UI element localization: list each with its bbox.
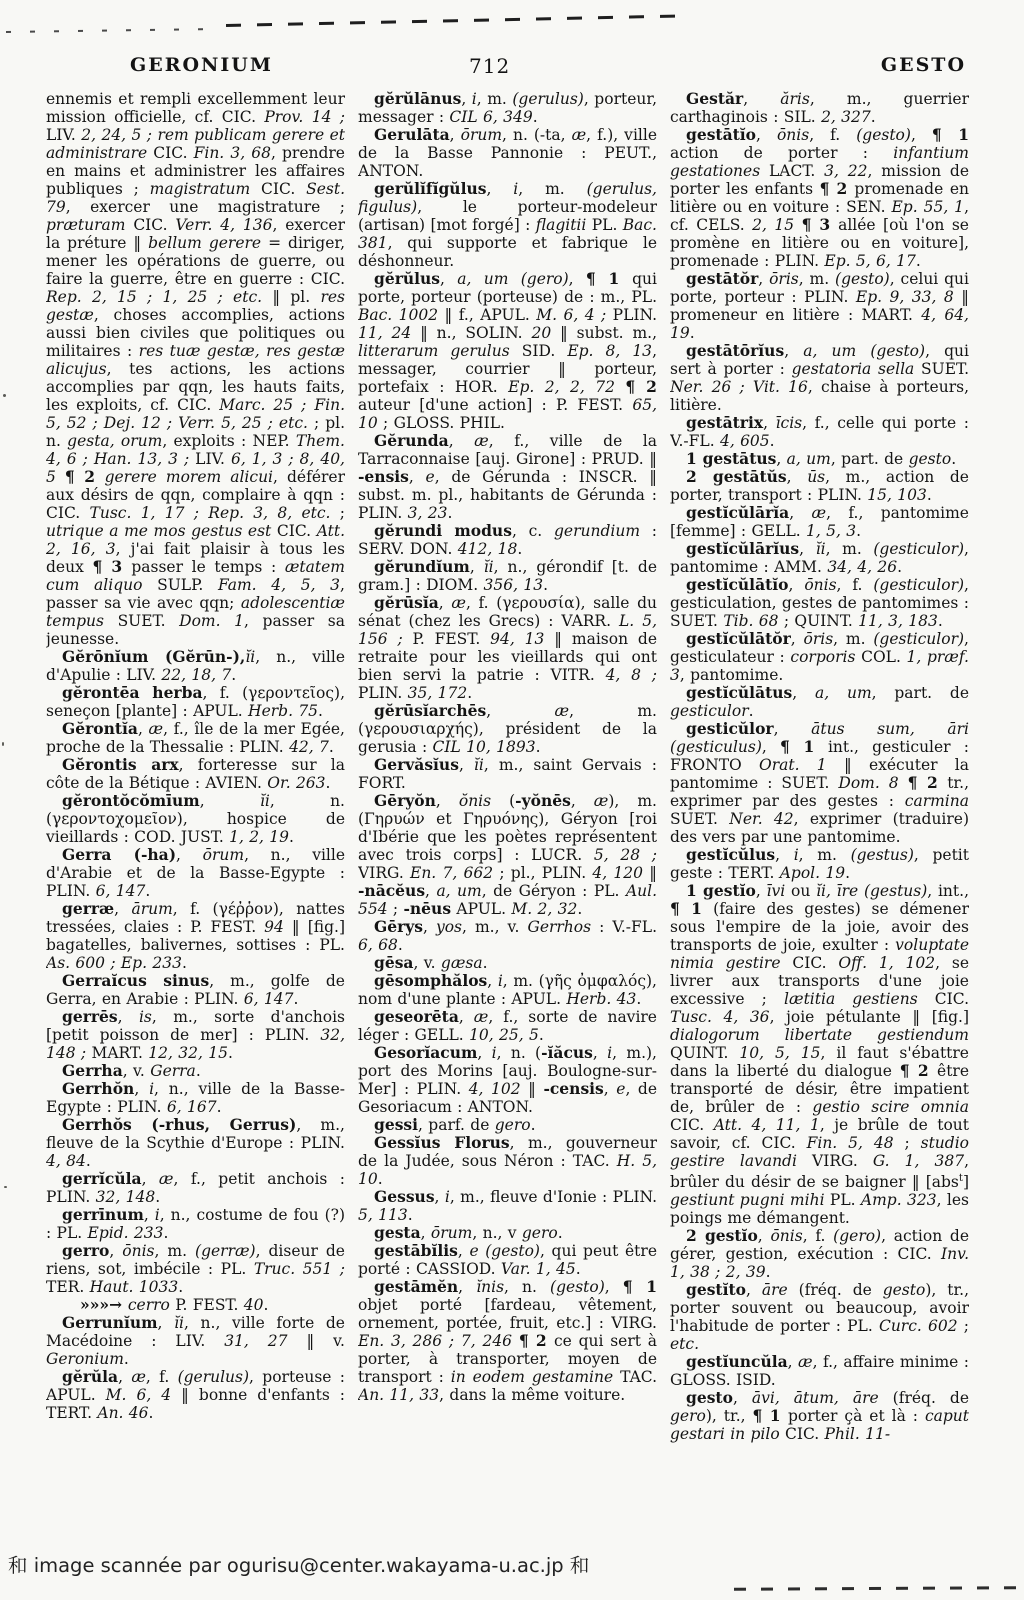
dictionary-entry: Gesorĭacum, i, n. (-ĭăcus, i, m.), port …: [358, 1044, 657, 1116]
dictionary-entry: »»»→ cerro P. FEST. 40.: [46, 1296, 345, 1314]
dictionary-entry: Gestăr, ăris, m., guerrier carthaginois …: [670, 90, 969, 126]
dictionary-entry: Gĕrōnĭum (Gĕrūn-),ĭi, n., ville d'Apulie…: [46, 648, 345, 684]
scan-watermark: 和 image scannée par ogurisu@center.wakay…: [8, 1550, 589, 1578]
dictionary-entry: gerrīnum, i, n., costume de fou (?) : PL…: [46, 1206, 345, 1242]
dictionary-entry: gĕrontŏcŏmīum, ĭi, n. (γεροντοχομεῖον), …: [46, 792, 345, 846]
dictionary-entry: gestĭcŭlātĭo, ōnis, f. (gesticulor), ges…: [670, 576, 969, 630]
scan-artifact-dashes-bottom: [734, 1586, 1020, 1590]
scan-speck: [4, 1186, 7, 1188]
dictionary-entry: gĕrūsĭarchēs, æ, m. (γερουσιαρχής), prés…: [358, 702, 657, 756]
dictionary-entry: gĕrūsĭa, æ, f. (γερουσία), salle du séna…: [358, 594, 657, 702]
dictionary-entry: gĕrŭla, æ, f. (gerulus), porteuse : APUL…: [46, 1368, 345, 1422]
scan-artifact-dashes-top-left: [6, 28, 218, 33]
dictionary-entry: Gerrha, v. Gerra.: [46, 1062, 345, 1080]
dictionary-entry: gerro, ōnis, m. (gerræ), diseur de riens…: [46, 1242, 345, 1296]
dictionary-entry: gerŭlĭfĭgŭlus, i, m. (gerulus, figulus),…: [358, 180, 657, 270]
dictionary-entry: gēsomphălos, i, m. (γῆς ὀμφαλός), nom d'…: [358, 972, 657, 1008]
dictionary-entry: gesto, āvi, ātum, āre (fréq. de gero), t…: [670, 1389, 969, 1443]
text-column-1: ennemis et rempli excellemment leur miss…: [46, 90, 345, 1548]
dictionary-entry: Gessus, i, m., fleuve d'Ionie : PLIN. 5,…: [358, 1188, 657, 1224]
dictionary-entry: gestĭto, āre (fréq. de gesto), tr., port…: [670, 1281, 969, 1353]
dictionary-entry: gestātōrĭus, a, um (gesto), qui sert à p…: [670, 342, 969, 414]
dictionary-entry: gestĭcŭlārĭa, æ, f., pantomime [femme] :…: [670, 504, 969, 540]
dictionary-entry: gĕrundĭum, ĭi, n., gérondif [t. de gram.…: [358, 558, 657, 594]
running-head-left: GERONIUM: [130, 54, 273, 76]
dictionary-entry: Gērys, yos, m., v. Gerrhos : V.-FL. 6, 6…: [358, 918, 657, 954]
dictionary-entry: gerrĭcŭla, æ, f., petit anchois : PLIN. …: [46, 1170, 345, 1206]
dictionary-entry: Gerraĭcus sinus, m., golfe de Gerra, en …: [46, 972, 345, 1008]
page-number: 712: [469, 54, 510, 78]
dictionary-entry: gestĭcŭlātus, a, um, part. de gesticulor…: [670, 684, 969, 720]
dictionary-entry: 2 gestĭo, ōnis, f. (gero), action de gér…: [670, 1227, 969, 1281]
dictionary-entry: 1 gestātus, a, um, part. de gesto.: [670, 450, 969, 468]
dictionary-entry: Gervăsĭus, ĭi, m., saint Gervais : FORT.: [358, 756, 657, 792]
text-columns: ennemis et rempli excellemment leur miss…: [46, 90, 969, 1548]
dictionary-entry: gestĭuncŭla, æ, f., affaire minime : GLO…: [670, 1353, 969, 1389]
dictionary-entry: gestābĭlis, e (gesto), qui peut être por…: [358, 1242, 657, 1278]
dictionary-entry: 1 gestĭo, īvi ou ĭi, īre (gestus), int.,…: [670, 882, 969, 1227]
dictionary-entry: gēsa, v. gæsa.: [358, 954, 657, 972]
dictionary-entry: gĕrŭlus, a, um (gero), ¶ 1 qui porte, po…: [358, 270, 657, 432]
dictionary-entry: gestātĭo, ōnis, f. (gesto), ¶ 1 action d…: [670, 126, 969, 270]
dictionary-entry: ennemis et rempli excellemment leur miss…: [46, 90, 345, 648]
dictionary-entry: gĕrŭlānus, i, m. (gerulus), porteur, mes…: [358, 90, 657, 126]
dictionary-entry: gestātrix, īcis, f., celle qui porte : V…: [670, 414, 969, 450]
text-column-2: gĕrŭlānus, i, m. (gerulus), porteur, mes…: [358, 90, 657, 1548]
dictionary-entry: Gessĭus Florus, m., gouverneur de la Jud…: [358, 1134, 657, 1188]
dictionary-entry: gestĭcŭlus, i, m. (gestus), petit geste …: [670, 846, 969, 882]
dictionary-entry: 2 gestātŭs, ūs, m., action de porter, tr…: [670, 468, 969, 504]
running-head: GERONIUM 712 GESTO: [46, 54, 968, 80]
dictionary-entry: gerræ, ārum, f. (γέῤῥον), nattes tressée…: [46, 900, 345, 972]
dictionary-entry: gerrēs, is, m., sorte d'anchois [petit p…: [46, 1008, 345, 1062]
text-column-3: Gestăr, ăris, m., guerrier carthaginois …: [670, 90, 969, 1548]
scan-artifact-dashes-top: [226, 14, 688, 27]
dictionary-entry: Gĕrontĭa, æ, f., île de la mer Egée, pro…: [46, 720, 345, 756]
dictionary-entry: gĕrundi modus, c. gerundium : SERV. DON.…: [358, 522, 657, 558]
dictionary-entry: Gĕrunda, æ, f., ville de la Tarraconnais…: [358, 432, 657, 522]
dictionary-entry: gesticŭlor, ātus sum, āri (gesticulus), …: [670, 720, 969, 846]
scan-speck: [3, 394, 6, 397]
dictionary-entry: Gēryŏn, ŏnis (-yŏnēs, æ), m. (Γηρυών et …: [358, 792, 657, 918]
dictionary-entry: gĕrontēa herba, f. (γεροντεῖος), seneçon…: [46, 684, 345, 720]
running-head-right: GESTO: [881, 54, 966, 76]
dictionary-entry: gestātŏr, ōris, m. (gesto), celui qui po…: [670, 270, 969, 342]
dictionary-entry: Gerrunĭum, ĭi, n., ville forte de Macédo…: [46, 1314, 345, 1368]
dictionary-entry: Gerrhŏs (-rhus, Gerrus), m., fleuve de l…: [46, 1116, 345, 1170]
dictionary-entry: Gĕrontis arx, forteresse sur la côte de …: [46, 756, 345, 792]
scanned-dictionary-page: GERONIUM 712 GESTO ennemis et rempli exc…: [0, 0, 1024, 1600]
dictionary-entry: Gerra (-ha), ōrum, n., ville d'Arabie et…: [46, 846, 345, 900]
dictionary-entry: gesta, ōrum, n., v gero.: [358, 1224, 657, 1242]
dictionary-entry: gestĭcŭlārĭus, ĭi, m. (gesticulor), pant…: [670, 540, 969, 576]
dictionary-entry: gessi, parf. de gero.: [358, 1116, 657, 1134]
dictionary-entry: geseorēta, æ, f., sorte de navire léger …: [358, 1008, 657, 1044]
dictionary-entry: gestāmĕn, ĭnis, n. (gesto), ¶ 1 objet po…: [358, 1278, 657, 1404]
scan-speck: [2, 742, 4, 746]
dictionary-entry: Gerrhŏn, i, n., ville de la Basse-Egypte…: [46, 1080, 345, 1116]
dictionary-entry: gestĭcŭlātŏr, ōris, m. (gesticulor), ges…: [670, 630, 969, 684]
dictionary-entry: Gerulāta, ōrum, n. (-ta, æ, f.), ville d…: [358, 126, 657, 180]
